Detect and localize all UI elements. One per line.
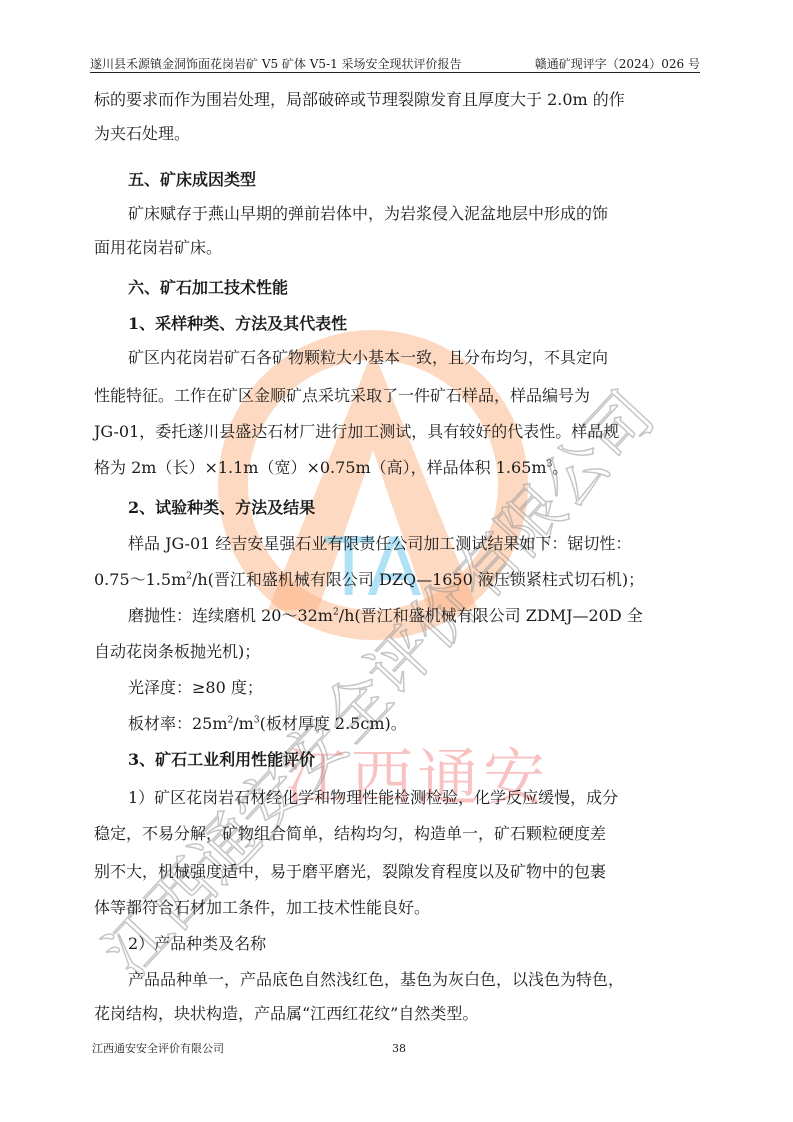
section-heading-6: 六、矿石加工技术性能	[128, 276, 288, 300]
paragraph-line: 光泽度：≥80 度；	[128, 676, 263, 700]
paragraph-line: 磨抛性：连续磨机 20～32m2/h(晋江和盛机械有限公司 ZDMJ—20D 全	[128, 604, 643, 628]
paragraph-line: 体等都符合石材加工条件，加工技术性能良好。	[94, 896, 430, 920]
document-number: 赣通矿现评字（2024）026 号	[535, 56, 700, 72]
paragraph-line: JG-01，委托遂川县盛达石材厂进行加工测试，具有较好的代表性。样品规	[94, 420, 619, 444]
paragraph-line: 矿区内花岗岩矿石各矿物颗粒大小基本一致，且分布均匀，不具定向	[128, 346, 608, 370]
paragraph-line: 别不大，机械强度适中，易于磨平磨光，裂隙发育程度以及矿物中的包裹	[94, 860, 606, 884]
paragraph-line: 面用花岗岩矿床。	[94, 236, 222, 260]
paragraph-line: 为夹石处理。	[94, 122, 190, 146]
paragraph-line: 自动花岗条板抛光机)；	[94, 640, 260, 664]
paragraph-line: 0.75～1.5m2/h(晋江和盛机械有限公司 DZQ—1650 液压锁紧柱式切…	[94, 568, 644, 592]
watermark-logo-circle: TA	[218, 330, 528, 640]
paragraph-line: 样品 JG-01 经吉安星强石业有限责任公司加工测试结果如下：锯切性：	[128, 532, 631, 556]
subsection-heading-1: 1、采样种类、方法及其代表性	[128, 312, 347, 336]
paragraph-line: 标的要求而作为围岩处理，局部破碎或节理裂隙发育且厚度大于 2.0m 的作	[94, 88, 625, 112]
report-title: 遂川县禾源镇金洞饰面花岗岩矿 V5 矿体 V5-1 采场安全现状评价报告	[90, 56, 462, 72]
subsection-heading-2: 2、试验种类、方法及结果	[128, 496, 315, 520]
paragraph-line: 1）矿区花岗岩石材经化学和物理性能检测检验，化学反应缓慢，成分	[128, 786, 618, 810]
paragraph-line: 格为 2m（长）×1.1m（宽）×0.75m（高），样品体积 1.65m3。	[94, 456, 568, 480]
page-number: 38	[392, 1042, 406, 1056]
page-header: 遂川县禾源镇金洞饰面花岗岩矿 V5 矿体 V5-1 采场安全现状评价报告 赣通矿…	[90, 56, 700, 73]
list-item-heading: 2）产品种类及名称	[128, 932, 266, 956]
paragraph-line: 花岗结构，块状构造，产品属“江西红花纹”自然类型。	[94, 1002, 478, 1026]
paragraph-line: 稳定，不易分解，矿物组合简单，结构均匀，构造单一，矿石颗粒硬度差	[94, 822, 606, 846]
section-heading-5: 五、矿床成因类型	[128, 168, 256, 192]
paragraph-line: 板材率：25m2/m3(板材厚度 2.5cm)。	[128, 712, 407, 736]
paragraph-line: 产品品种单一，产品底色自然浅红色，基色为灰白色，以浅色为特色，	[128, 968, 624, 992]
paragraph-line: 矿床赋存于燕山早期的弹前岩体中，为岩浆侵入泥盆地层中形成的饰	[128, 202, 608, 226]
footer-company: 江西通安安全评价有限公司	[92, 1042, 224, 1056]
subsection-heading-3: 3、矿石工业利用性能评价	[128, 748, 315, 772]
paragraph-line: 性能特征。工作在矿区金顺矿点采坑采取了一件矿石样品，样品编号为	[94, 384, 590, 408]
